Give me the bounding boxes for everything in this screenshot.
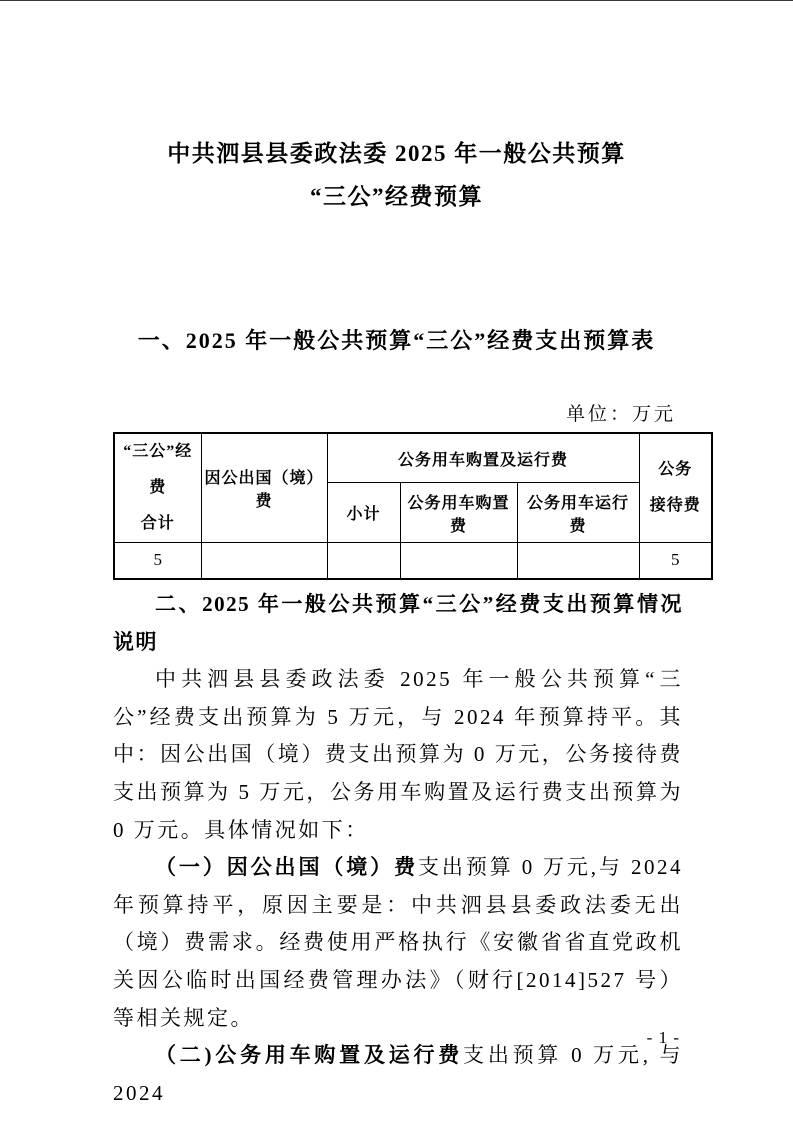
header-cell-vehicle-operation: 公务用车运行费 — [517, 483, 639, 543]
section2-heading: 二、2025 年一般公共预算“三公”经费支出预算情况说明 — [113, 586, 683, 661]
header-cell-total: “三公”经费 合计 — [114, 433, 201, 543]
three-public-budget-table: “三公”经费 合计 因公出国（境）费 公务用车购置及运行费 公务 接待费 小计 … — [113, 432, 713, 580]
value-cell-reception: 5 — [639, 543, 712, 579]
value-cell-abroad — [201, 543, 327, 579]
document-page: 中共泗县县委政法委 2025 年一般公共预算 “三公”经费预算 一、2025 年… — [0, 0, 793, 1122]
table-header-row-1: “三公”经费 合计 因公出国（境）费 公务用车购置及运行费 公务 接待费 — [114, 433, 712, 483]
document-title: 中共泗县县委政法委 2025 年一般公共预算 “三公”经费预算 — [0, 132, 793, 218]
paragraph-overview-text: 中共泗县县委政法委 2025 年一般公共预算“三公”经费支出预算为 5 万元，与… — [113, 667, 683, 841]
header-cell-vehicle-purchase: 公务用车购置费 — [400, 483, 517, 543]
paragraph-item1-lead: （一）因公出国（境）费 — [155, 855, 418, 879]
value-cell-total: 5 — [114, 543, 201, 579]
section1-heading: 一、2025 年一般公共预算“三公”经费支出预算表 — [0, 325, 793, 357]
document-title-line2: “三公”经费预算 — [0, 175, 793, 218]
header-cell-vehicle-subtotal: 小计 — [327, 483, 400, 543]
paragraph-item1-text: 支出预算 0 万元,与 2024 年预算持平，原因主要是：中共泗县县委政法委无出… — [113, 855, 683, 1029]
value-cell-vehicle-operation — [517, 543, 639, 579]
value-cell-vehicle-subtotal — [327, 543, 400, 579]
unit-label: 单位：万元 — [566, 399, 676, 426]
header-cell-abroad: 因公出国（境）费 — [201, 433, 327, 543]
paragraph-item2: （二)公务用车购置及运行费支出预算 0 万元, 与 2024 — [113, 1037, 683, 1112]
value-cell-vehicle-purchase — [400, 543, 517, 579]
paragraph-item1: （一）因公出国（境）费支出预算 0 万元,与 2024 年预算持平，原因主要是：… — [113, 849, 683, 1037]
header-cell-reception: 公务 接待费 — [639, 433, 712, 543]
paragraph-item2-lead: （二)公务用车购置及运行费 — [155, 1043, 463, 1067]
document-body: 二、2025 年一般公共预算“三公”经费支出预算情况说明 中共泗县县委政法委 2… — [113, 586, 683, 1112]
header-cell-vehicle-group: 公务用车购置及运行费 — [327, 433, 639, 483]
table-data-row: 5 5 — [114, 543, 712, 579]
document-title-line1: 中共泗县县委政法委 2025 年一般公共预算 — [0, 132, 793, 175]
paragraph-overview: 中共泗县县委政法委 2025 年一般公共预算“三公”经费支出预算为 5 万元，与… — [113, 661, 683, 849]
page-number: - 1 - — [647, 1028, 680, 1048]
